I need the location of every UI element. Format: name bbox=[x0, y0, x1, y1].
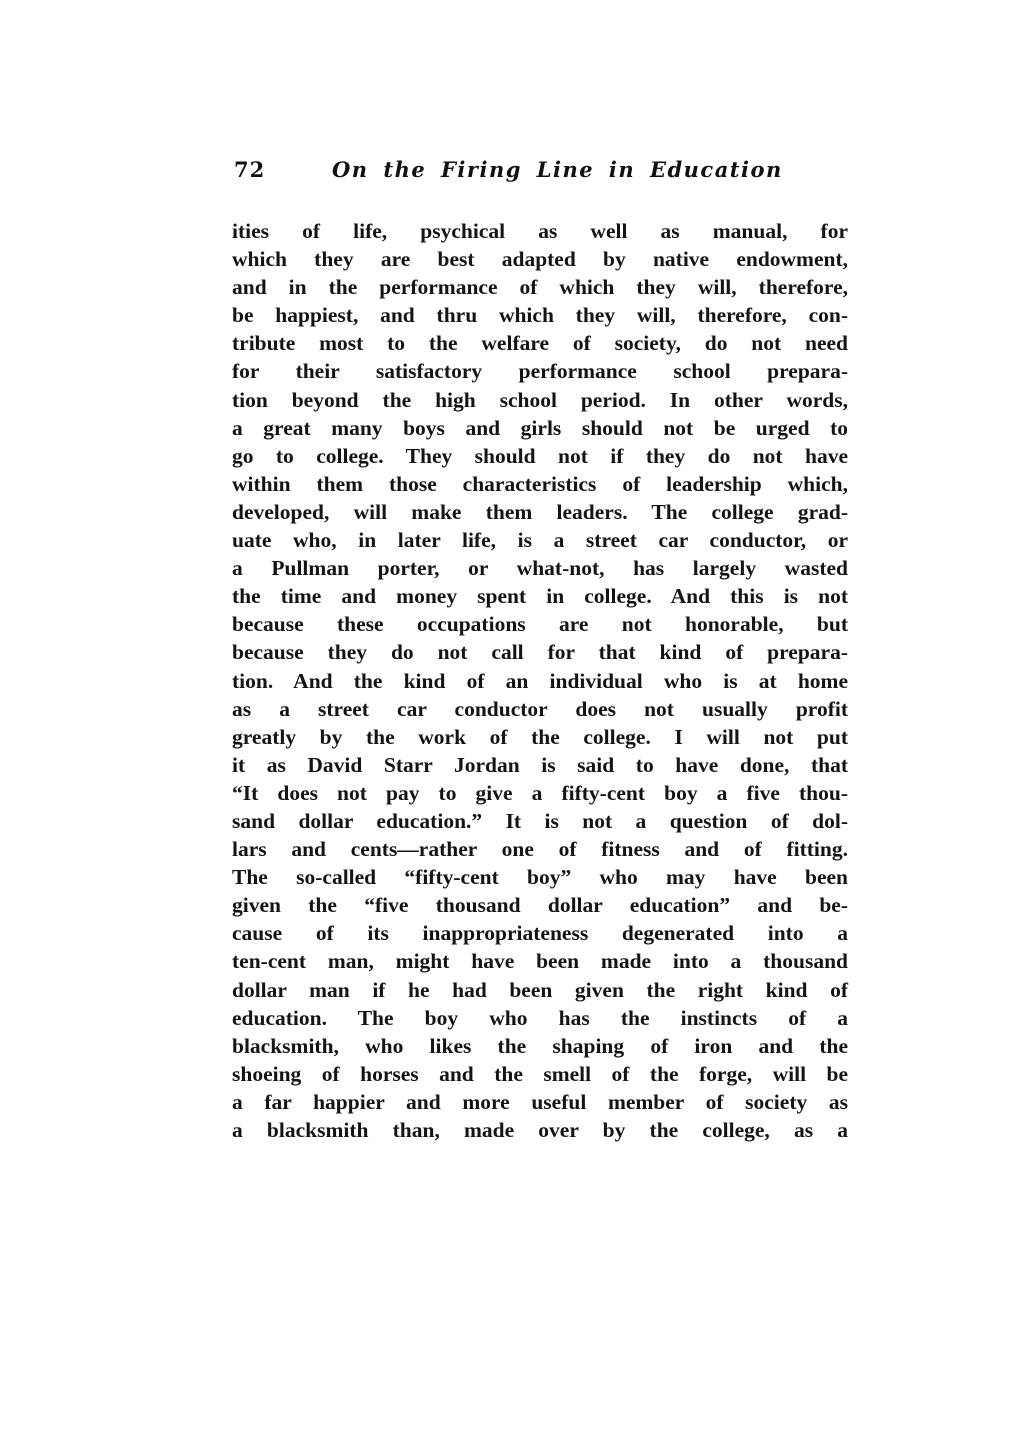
text-line: as a street car conductor does not usual… bbox=[232, 695, 848, 723]
text-line: sand dollar education.” It is not a ques… bbox=[232, 807, 848, 835]
text-line: within them those characteristics of lea… bbox=[232, 470, 848, 498]
text-line: shoeing of horses and the smell of the f… bbox=[232, 1060, 848, 1088]
text-line: ten-cent man, might have been made into … bbox=[232, 947, 848, 975]
text-line: lars and cents—rather one of fitness and… bbox=[232, 835, 848, 863]
text-line: a Pullman porter, or what-not, has large… bbox=[232, 554, 848, 582]
text-line: the time and money spent in college. And… bbox=[232, 582, 848, 610]
text-line: developed, will make them leaders. The c… bbox=[232, 498, 848, 526]
page-number: 72 bbox=[234, 157, 265, 182]
text-line: dollar man if he had been given the righ… bbox=[232, 976, 848, 1004]
text-line: uate who, in later life, is a street car… bbox=[232, 526, 848, 554]
body-paragraph: ities of life, psychical as well as manu… bbox=[232, 217, 848, 1144]
text-line: education. The boy who has the instincts… bbox=[232, 1004, 848, 1032]
text-line: which they are best adapted by native en… bbox=[232, 245, 848, 273]
text-line: blacksmith, who likes the shaping of iro… bbox=[232, 1032, 848, 1060]
text-line: The so-called “fifty-cent boy” who may h… bbox=[232, 863, 848, 891]
text-line: because they do not call for that kind o… bbox=[232, 638, 848, 666]
text-line: be happiest, and thru which they will, t… bbox=[232, 301, 848, 329]
text-line: a far happier and more useful member of … bbox=[232, 1088, 848, 1116]
text-line: ities of life, psychical as well as manu… bbox=[232, 217, 848, 245]
text-line: greatly by the work of the college. I wi… bbox=[232, 723, 848, 751]
text-line: given the “five thousand dollar educatio… bbox=[232, 891, 848, 919]
text-line: a great many boys and girls should not b… bbox=[232, 414, 848, 442]
text-line: because these occupations are not honora… bbox=[232, 610, 848, 638]
book-title: On the Firing Line in Education bbox=[332, 157, 783, 182]
running-head: 72 On the Firing Line in Education bbox=[234, 157, 848, 187]
text-line: “It does not pay to give a fifty-cent bo… bbox=[232, 779, 848, 807]
text-line: for their satisfactory performance schoo… bbox=[232, 357, 848, 385]
text-line: go to college. They should not if they d… bbox=[232, 442, 848, 470]
text-line: tribute most to the welfare of society, … bbox=[232, 329, 848, 357]
text-line: tion beyond the high school period. In o… bbox=[232, 386, 848, 414]
text-line: tion. And the kind of an individual who … bbox=[232, 667, 848, 695]
text-line: cause of its inappropriateness degenerat… bbox=[232, 919, 848, 947]
text-line: a blacksmith than, made over by the coll… bbox=[232, 1116, 848, 1144]
text-line: and in the performance of which they wil… bbox=[232, 273, 848, 301]
text-line: it as David Starr Jordan is said to have… bbox=[232, 751, 848, 779]
book-page: 72 On the Firing Line in Education ities… bbox=[0, 0, 1010, 1454]
